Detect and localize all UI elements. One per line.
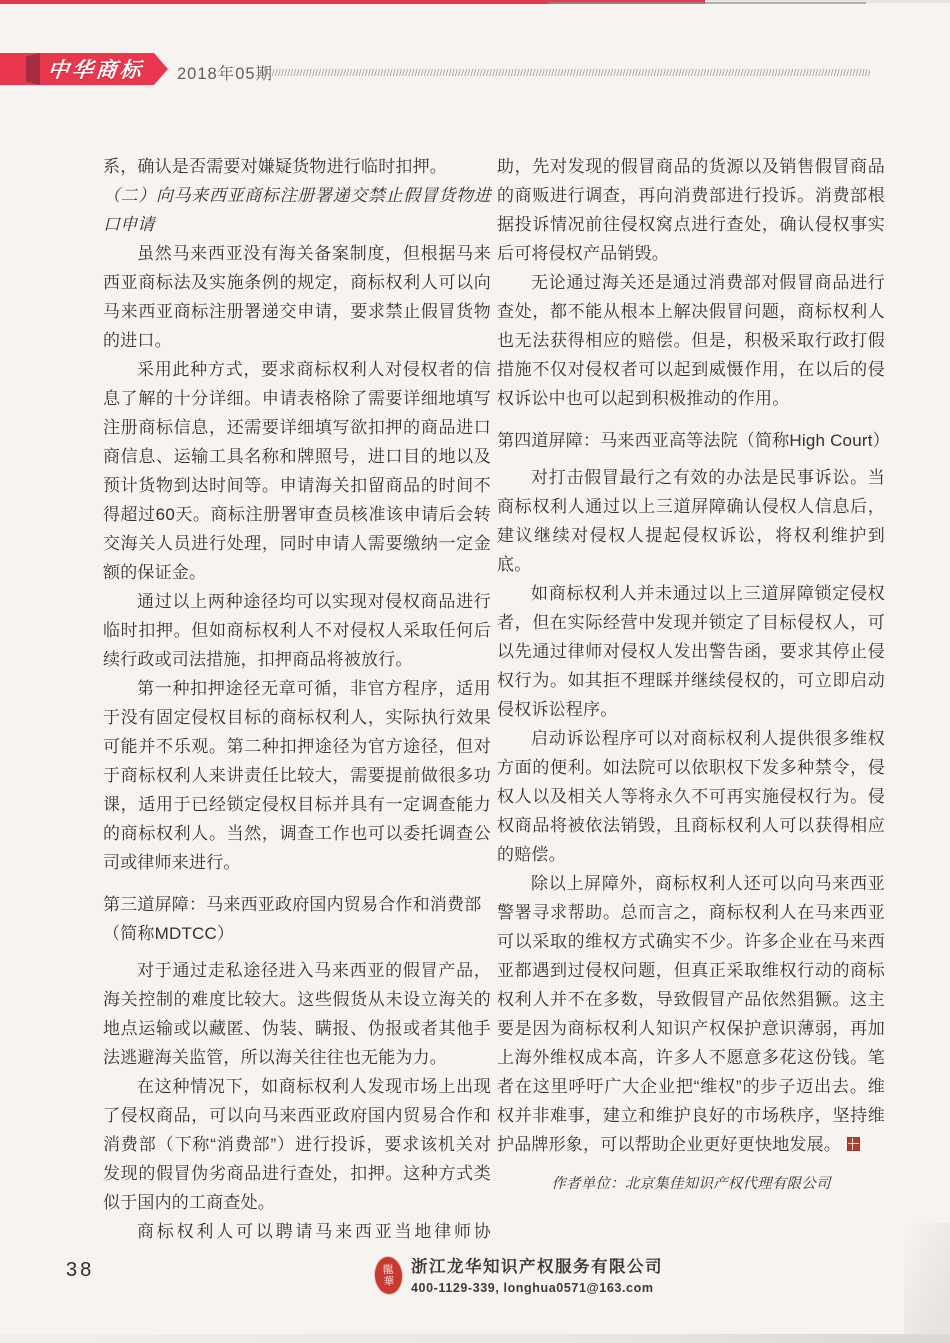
body-paragraph: 除以上屏障外，商标权利人还可以向马来西亚警署寻求帮助。总而言之，商标权利人在马来… [497, 869, 885, 1159]
author-line: 作者单位：北京集佳知识产权代理有限公司 [497, 1172, 885, 1196]
masthead: 中华商标 2018年05期 [0, 53, 950, 87]
company-name: 浙江龙华知识产权服务有限公司 [411, 1257, 663, 1277]
section-heading: 第四道屏障：马来西亚高等法院（简称High Court） [497, 426, 885, 455]
body-paragraph: 第一种扣押途径无章可循，非官方程序，适用于没有固定侵权目标的商标权利人，实际执行… [103, 674, 491, 877]
body-paragraph: 对打击假冒最行之有效的办法是民事诉讼。当商标权利人通过以上三道屏障确认侵权人信息… [497, 463, 885, 579]
section-heading: 第三道屏障：马来西亚政府国内贸易合作和消费部（简称MDTCC） [103, 890, 491, 948]
company-seal-logo: 龍 華 [374, 1256, 404, 1295]
body-paragraph: 如商标权利人并未通过以上三道屏障锁定侵权者，但在实际经营中发现并锁定了目标侵权人… [497, 579, 885, 724]
scan-edge-gray-line [548, 2, 866, 4]
footer-brand: 龍 華 浙江龙华知识产权服务有限公司 400-1129-339, longhua… [375, 1257, 663, 1295]
footer-company-block: 浙江龙华知识产权服务有限公司 400-1129-339, longhua0571… [411, 1257, 663, 1295]
body-paragraph: 通过以上两种途径均可以实现对侵权商品进行临时扣押。但如商标权利人不对侵权人采取任… [103, 587, 491, 674]
company-contact: 400-1129-339, longhua0571@163.com [411, 1281, 663, 1295]
body-paragraph: 无论通过海关还是通过消费部对假冒商品进行查处，都不能从根本上解决假冒问题，商标权… [497, 268, 885, 413]
body-paragraph: 启动诉讼程序可以对商标权利人提供很多维权方面的便利。如法院可以依职权下发多种禁令… [497, 724, 885, 869]
seal-char-bottom: 華 [383, 1275, 395, 1288]
article-column-left: 系，确认是否需要对嫌疑货物进行临时扣押。（二）向马来西亚商标注册署递交禁止假冒货… [103, 152, 491, 1246]
page-number: 38 [66, 1259, 94, 1282]
ribbon-fold [26, 53, 40, 85]
header-divider-hatch [258, 69, 870, 76]
scan-corner-shadow [904, 1223, 950, 1343]
body-paragraph: 系，确认是否需要对嫌疑货物进行临时扣押。 [103, 152, 491, 181]
body-paragraph: 采用此种方式，要求商标权利人对侵权者的信息了解的十分详细。申请表格除了需要详细地… [103, 355, 491, 587]
body-paragraph: 在这种情况下，如商标权利人发现市场上出现了侵权商品，可以向马来西亚政府国内贸易合… [103, 1072, 491, 1217]
brand-ribbon: 中华商标 [0, 53, 168, 85]
brand-logo-text: 中华商标 [46, 54, 145, 84]
body-paragraph: 商标权利人可以聘请马来西亚当地律师协 [103, 1217, 491, 1246]
article-column-right: 助，先对发现的假冒商品的货源以及销售假冒商品的商贩进行调查，再向消费部进行投诉。… [497, 152, 885, 1196]
body-paragraph: 助，先对发现的假冒商品的货源以及销售假冒商品的商贩进行调查，再向消费部进行投诉。… [497, 152, 885, 268]
magazine-page: 中华商标 2018年05期 系，确认是否需要对嫌疑货物进行临时扣押。（二）向马来… [0, 0, 950, 1343]
end-of-article-mark [847, 1137, 860, 1151]
scan-bottom-shadow [0, 1334, 950, 1343]
body-paragraph: 对于通过走私途径进入马来西亚的假冒产品，海关控制的难度比较大。这些假货从未设立海… [103, 956, 491, 1072]
sub-item-heading: （二）向马来西亚商标注册署递交禁止假冒货物进口申请 [103, 181, 491, 239]
seal-char-top: 龍 [382, 1263, 394, 1276]
body-paragraph: 虽然马来西亚没有海关备案制度，但根据马来西亚商标法及实施条例的规定，商标权利人可… [103, 239, 491, 355]
